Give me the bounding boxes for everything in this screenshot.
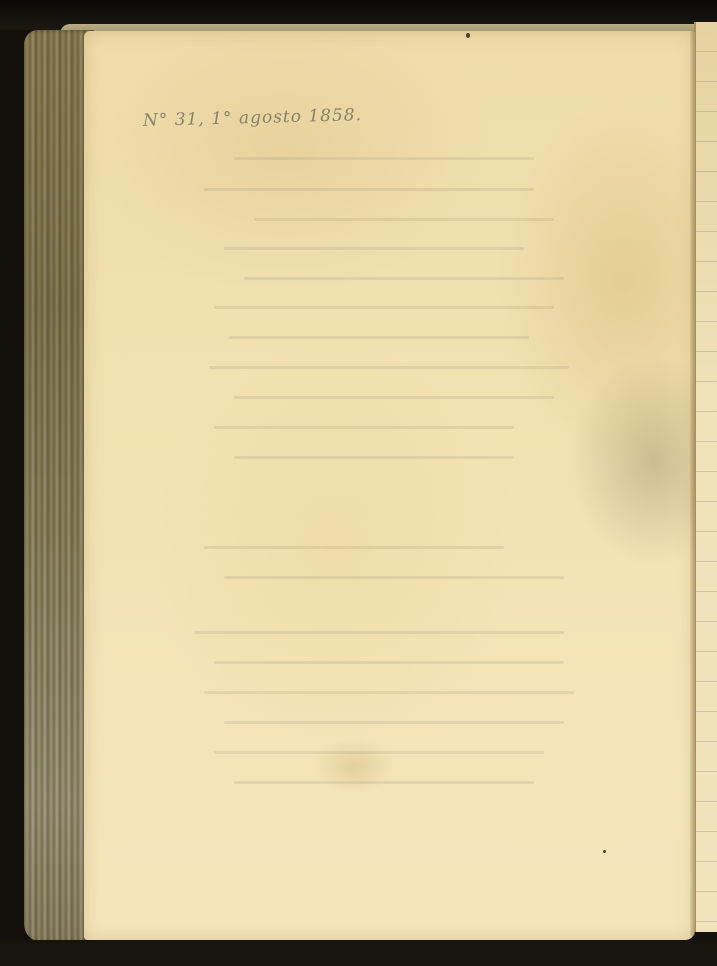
bleed-through-line [224,247,524,250]
bleed-through-line [204,691,574,694]
manuscript-scan: N° 31, 1° agosto 1858. [0,0,717,966]
bleed-through-line [204,188,534,191]
bleed-through-line [224,721,564,724]
bleed-through-line [214,306,554,309]
bleed-through-line [214,751,544,754]
manuscript-page [84,31,695,940]
bleed-through-line [209,366,569,369]
bleed-through-line [254,218,554,221]
bleed-through-line [194,631,564,634]
facing-ruled-page [694,22,717,932]
bleed-through-line [234,396,554,399]
bleed-through-line [204,546,504,549]
bleed-through-line [244,277,564,280]
book-gutter [690,31,695,936]
bleed-through-line [234,456,514,459]
bleed-through-line [214,661,564,664]
paper-speck [466,33,470,38]
bleed-through-line [234,781,534,784]
bleed-through-line [234,157,534,160]
bleed-through-line [214,426,514,429]
bleed-through-line [224,576,564,579]
bleed-through-line [229,336,529,339]
paper-speck [603,850,606,853]
scan-backdrop-bottom [0,940,717,966]
